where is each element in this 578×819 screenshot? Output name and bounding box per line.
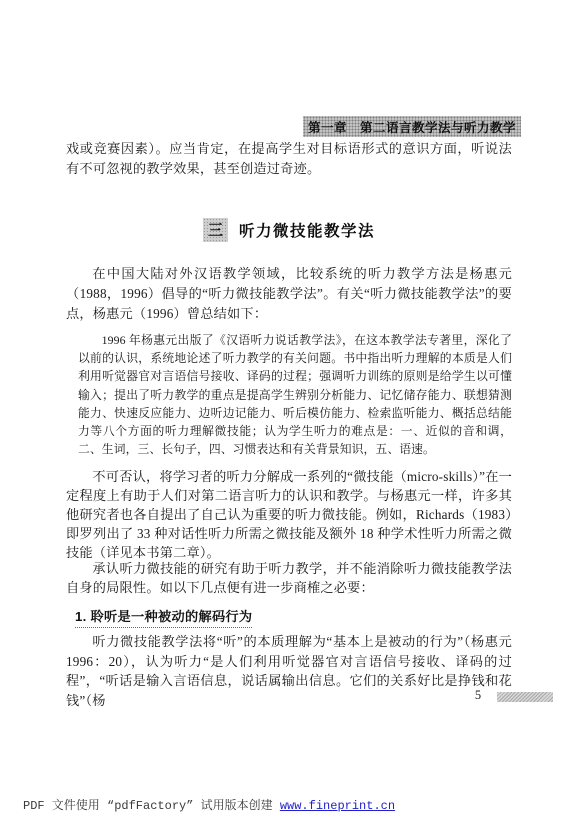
pdf-watermark-footer: PDF 文件使用 “pdfFactory” 试用版本创建 www.finepri… — [23, 796, 395, 813]
paragraph-continued: 戏或竞赛因素）。应当肯定，在提高学生对目标语形式的意识方面，听说法有不可忽视的教… — [66, 139, 512, 179]
section-heading: 三 听力微技能教学法 — [66, 218, 512, 242]
block-quote: 1996 年杨惠元出版了《汉语听力说话教学法》，在这本教学法专著里，深化了以前的… — [78, 331, 512, 458]
subsection-heading: 1. 聆听是一种被动的解码行为 — [75, 606, 252, 628]
paragraph-discussion: 不可否认，将学习者的听力分解成一系列的“微技能（micro-skills）”在一… — [66, 467, 512, 562]
fineprint-link[interactable]: www.fineprint.cn — [280, 799, 395, 813]
section-number-badge: 三 — [203, 218, 228, 242]
page-number-hatch-decoration — [497, 692, 553, 702]
document-page: 第一章 第二语言教学法与听力教学 戏或竞赛因素）。应当肯定，在提高学生对目标语形… — [0, 0, 578, 819]
paragraph-limitations: 承认听力微技能的研究有助于听力教学，并不能消除听力微技能教学法自身的局限性。如以… — [66, 559, 512, 597]
section-title: 听力微技能教学法 — [239, 219, 375, 241]
running-head: 第一章 第二语言教学法与听力教学 — [303, 116, 521, 137]
watermark-text: PDF 文件使用 “pdfFactory” 试用版本创建 — [23, 799, 280, 813]
paragraph-intro: 在中国大陆对外汉语教学领域，比较系统的听力教学方法是杨惠元（1988，1996）… — [66, 264, 512, 324]
paragraph-decoding: 听力微技能教学法将“听”的本质理解为“基本上是被动的行为”（杨惠元 1996：2… — [66, 632, 512, 710]
page-number: 5 — [470, 688, 486, 703]
